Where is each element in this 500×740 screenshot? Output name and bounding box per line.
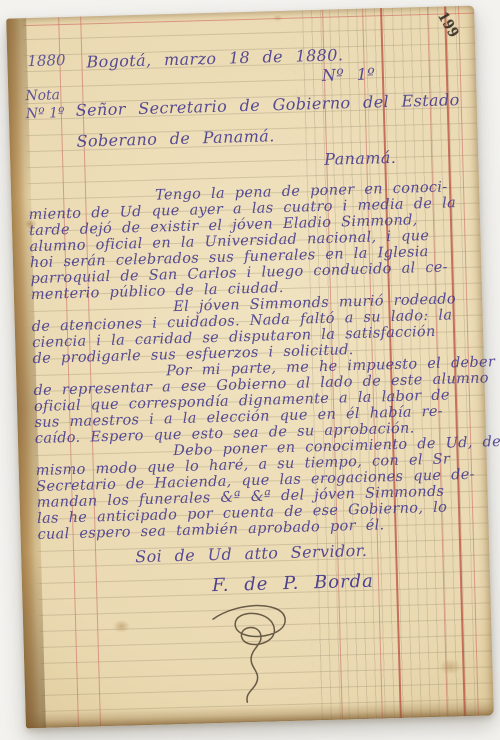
manuscript-page: 199 1880 Nota Nº 1º Bogotá, marzo 18 de … [6,6,494,729]
paper-vignette [6,6,494,729]
photo-background: 199 1880 Nota Nº 1º Bogotá, marzo 18 de … [0,0,500,740]
